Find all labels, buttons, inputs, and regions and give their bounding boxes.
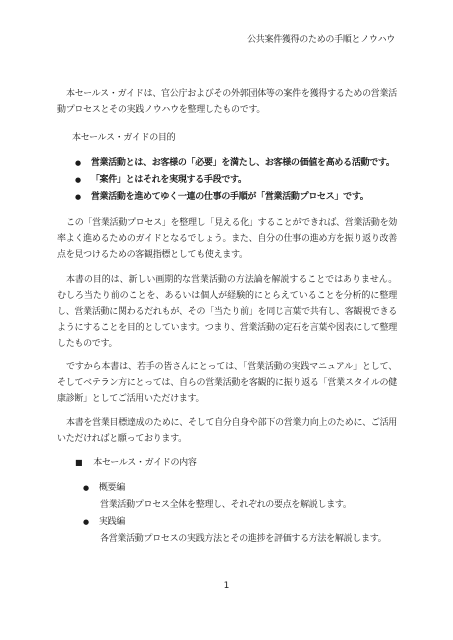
contents-heading-row: ■ 本セールス・ガイドの内容 (75, 455, 397, 471)
list-item: ● 実践編 (83, 514, 397, 531)
purpose-heading: 本セールス・ガイドの目的 (72, 130, 397, 146)
contents-item-desc: 営業活動プロセス全体を整理し、それぞれの要点を解説します。 (100, 497, 397, 514)
body-paragraph: 本書の目的は、新しい画期的な営業活動の方法論を解説することではありません。むしろ… (57, 272, 397, 352)
document-page: 公共案件獲得のための手順とノウハウ 本セールス・ガイドは、官公庁およびその外郭団… (0, 0, 453, 640)
bullet-icon: ● (75, 189, 81, 206)
contents-item: 概要編 (99, 480, 125, 497)
body-paragraph: 本書を営業目標達成のために、そして自分自身や部下の営業力向上のために、ご活用いた… (57, 415, 397, 447)
document-header-title: 公共案件獲得のための手順とノウハウ (57, 32, 395, 48)
bullet-icon: ● (83, 480, 89, 497)
purpose-bullet-text: 営業活動とは、お客様の「必要」を満たし、お客様の価値を高める活動です。 (91, 155, 395, 172)
list-item: 各営業活動プロセスの実践方法とその進捗を評価する方法を解説します。 (83, 531, 397, 548)
contents-heading: 本セールス・ガイドの内容 (93, 455, 196, 471)
bullet-icon: ● (75, 172, 81, 189)
contents-item: 実践編 (99, 514, 125, 531)
list-item: ● 営業活動とは、お客様の「必要」を満たし、お客様の価値を高める活動です。 (75, 155, 397, 172)
bullet-icon: ● (75, 155, 81, 172)
contents-item-desc: 各営業活動プロセスの実践方法とその進捗を評価する方法を解説します。 (100, 531, 397, 548)
intro-paragraph: 本セールス・ガイドは、官公庁およびその外郭団体等の案件を獲得するための営業活動プ… (57, 86, 397, 118)
purpose-bullet-list: ● 営業活動とは、お客様の「必要」を満たし、お客様の価値を高める活動です。 ● … (57, 155, 397, 206)
bullet-icon: ● (83, 514, 89, 531)
page-number: 1 (0, 578, 453, 594)
square-bullet-icon: ■ (75, 455, 82, 471)
contents-list: ● 概要編 営業活動プロセス全体を整理し、それぞれの要点を解説します。 ● 実践… (57, 480, 397, 548)
list-item: ● 営業活動を進めてゆく一連の仕事の手順が「営業活動プロセス」です。 (75, 189, 397, 206)
list-item: ● 「案件」とはそれを実現する手段です。 (75, 172, 397, 189)
list-item: 営業活動プロセス全体を整理し、それぞれの要点を解説します。 (83, 497, 397, 514)
body-paragraph: この「営業活動プロセス」を整理し「見える化」することができれば、営業活動を効率よ… (57, 215, 397, 263)
contents-item-title: 実践編 (99, 514, 125, 531)
purpose-bullet-text: 営業活動を進めてゆく一連の仕事の手順が「営業活動プロセス」です。 (91, 189, 369, 206)
body-paragraph: ですから本書は、若手の皆さんにとっては、「営業活動の実践マニュアル」として、そし… (57, 359, 397, 407)
list-item: ● 概要編 (83, 480, 397, 497)
purpose-bullet-text: 「案件」とはそれを実現する手段です。 (91, 172, 247, 189)
contents-item-title: 概要編 (99, 480, 125, 497)
